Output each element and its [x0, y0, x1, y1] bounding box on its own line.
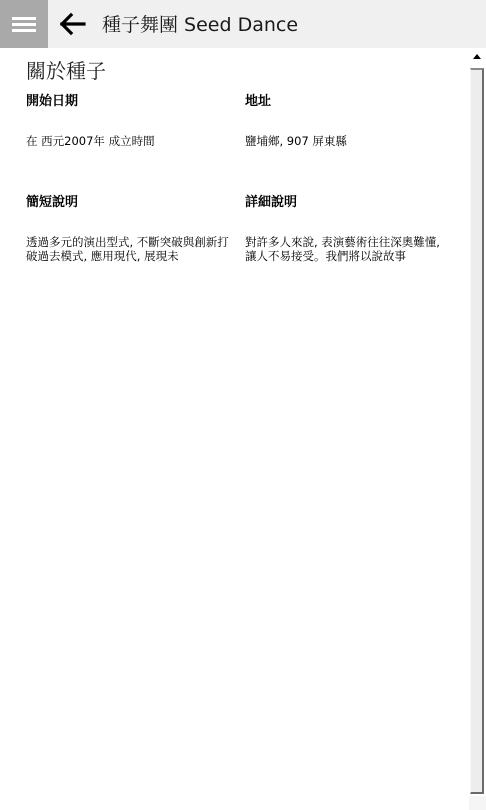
start-date-value: 在 西元2007年 成立時間: [26, 134, 236, 148]
page-title: 種子舞團 Seed Dance: [102, 12, 298, 38]
scroll-up-button[interactable]: [469, 48, 486, 66]
scroll-track[interactable]: [469, 796, 486, 810]
detailed-description-field: 詳細說明 對許多人來說, 表演藝術往往深奧難懂, 讓人不易接受。我們將以說故事: [245, 194, 455, 263]
vertical-scrollbar[interactable]: [469, 48, 486, 810]
arrow-left-icon: [56, 8, 88, 40]
short-description-field: 簡短說明 透過多元的演出型式, 不斷突破與創新打破過去模式, 應用現代, 展現未: [26, 194, 236, 263]
about-content: 關於種子 開始日期 在 西元2007年 成立時間 地址 鹽埔鄉, 907 屏東縣…: [0, 48, 469, 810]
detailed-description-label: 詳細說明: [245, 194, 455, 212]
triangle-up-icon: [473, 54, 481, 59]
start-date-field: 開始日期 在 西元2007年 成立時間: [26, 93, 236, 148]
address-field: 地址 鹽埔鄉, 907 屏東縣: [245, 93, 455, 148]
detailed-description-value: 對許多人來說, 表演藝術往往深奧難懂, 讓人不易接受。我們將以說故事: [245, 235, 455, 263]
app-window: 種子舞團 Seed Dance 關於種子 開始日期 在 西元2007年 成立時間…: [0, 0, 486, 810]
address-label: 地址: [245, 93, 455, 111]
short-description-label: 簡短說明: [26, 194, 236, 212]
scroll-thumb[interactable]: [470, 68, 484, 794]
section-title: 關於種子: [26, 58, 106, 84]
address-value: 鹽埔鄉, 907 屏東縣: [245, 134, 455, 148]
start-date-label: 開始日期: [26, 93, 236, 111]
short-description-value: 透過多元的演出型式, 不斷突破與創新打破過去模式, 應用現代, 展現未: [26, 235, 236, 263]
back-button[interactable]: [56, 8, 88, 40]
header-bar: 種子舞團 Seed Dance: [0, 0, 486, 48]
hamburger-menu-button[interactable]: [0, 0, 48, 48]
